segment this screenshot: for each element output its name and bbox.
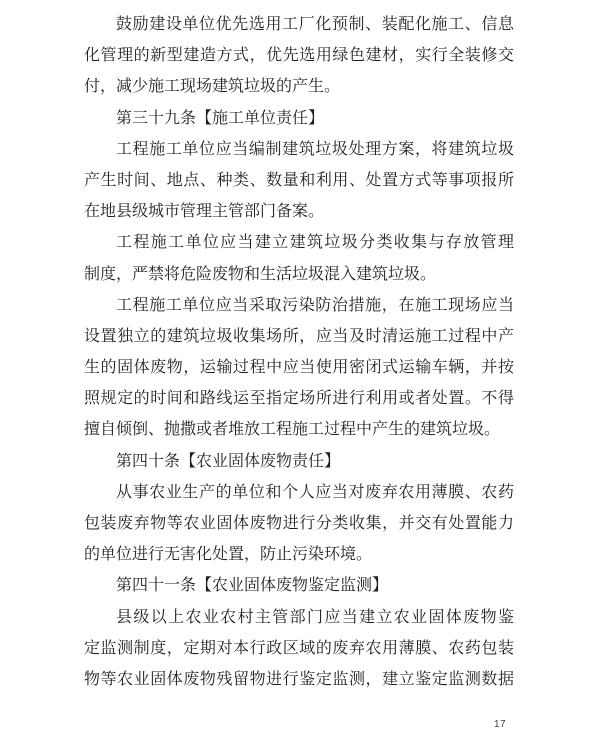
text-line: 制度，严禁将危险废物和生活垃圾混入建筑垃圾。 xyxy=(84,259,514,290)
text-line: 包装废弃物等农业固体废物进行分类收集，并交有处置能力 xyxy=(84,508,514,539)
paragraph: 工程施工单位应当采取污染防治措施，在施工现场应当 设置独立的建筑垃圾收集场所，应… xyxy=(84,290,514,446)
section-heading: 第四十一条【农业固体废物鉴定监测】 xyxy=(84,570,514,601)
text-line: 的单位进行无害化处置，防止污染环境。 xyxy=(84,539,514,570)
text-line: 鼓励建设单位优先选用工厂化预制、装配化施工、信息 xyxy=(84,9,514,40)
text-line: 照规定的时间和路线运至指定场所进行利用或者处置。不得 xyxy=(84,383,514,414)
text-line: 县级以上农业农村主管部门应当建立农业固体废物鉴 xyxy=(84,602,514,633)
text-line: 产生时间、地点、种类、数量和利用、处置方式等事项报所 xyxy=(84,165,514,196)
paragraph: 鼓励建设单位优先选用工厂化预制、装配化施工、信息 化管理的新型建造方式，优先选用… xyxy=(84,9,514,103)
text-line: 工程施工单位应当编制建筑垃圾处理方案，将建筑垃圾 xyxy=(84,134,514,165)
heading-line: 第三十九条【施工单位责任】 xyxy=(84,103,514,134)
text-line: 定监测制度，定期对本行政区域的废弃农用薄膜、农药包装 xyxy=(84,633,514,664)
page-number: 17 xyxy=(494,719,506,730)
text-line: 化管理的新型建造方式，优先选用绿色建材，实行全装修交 xyxy=(84,40,514,71)
text-line: 生的固体废物，运输过程中应当使用密闭式运输车辆，并按 xyxy=(84,352,514,383)
document-body: 鼓励建设单位优先选用工厂化预制、装配化施工、信息 化管理的新型建造方式，优先选用… xyxy=(84,9,514,695)
text-line: 物等农业固体废物残留物进行鉴定监测，建立鉴定监测数据 xyxy=(84,664,514,695)
paragraph: 工程施工单位应当建立建筑垃圾分类收集与存放管理 制度，严禁将危险废物和生活垃圾混… xyxy=(84,227,514,289)
document-page: 鼓励建设单位优先选用工厂化预制、装配化施工、信息 化管理的新型建造方式，优先选用… xyxy=(0,0,600,744)
heading-line: 第四十一条【农业固体废物鉴定监测】 xyxy=(84,570,514,601)
section-heading: 第三十九条【施工单位责任】 xyxy=(84,103,514,134)
text-line: 工程施工单位应当建立建筑垃圾分类收集与存放管理 xyxy=(84,227,514,258)
text-line: 工程施工单位应当采取污染防治措施，在施工现场应当 xyxy=(84,290,514,321)
heading-line: 第四十条【农业固体废物责任】 xyxy=(84,446,514,477)
text-line: 擅自倾倒、抛撒或者堆放工程施工过程中产生的建筑垃圾。 xyxy=(84,414,514,445)
section-heading: 第四十条【农业固体废物责任】 xyxy=(84,446,514,477)
text-line: 在地县级城市管理主管部门备案。 xyxy=(84,196,514,227)
paragraph: 工程施工单位应当编制建筑垃圾处理方案，将建筑垃圾 产生时间、地点、种类、数量和利… xyxy=(84,134,514,228)
text-line: 设置独立的建筑垃圾收集场所，应当及时清运施工过程中产 xyxy=(84,321,514,352)
text-line: 从事农业生产的单位和个人应当对废弃农用薄膜、农药 xyxy=(84,477,514,508)
text-line: 付，减少施工现场建筑垃圾的产生。 xyxy=(84,71,514,102)
paragraph: 县级以上农业农村主管部门应当建立农业固体废物鉴 定监测制度，定期对本行政区域的废… xyxy=(84,602,514,696)
paragraph: 从事农业生产的单位和个人应当对废弃农用薄膜、农药 包装废弃物等农业固体废物进行分… xyxy=(84,477,514,571)
